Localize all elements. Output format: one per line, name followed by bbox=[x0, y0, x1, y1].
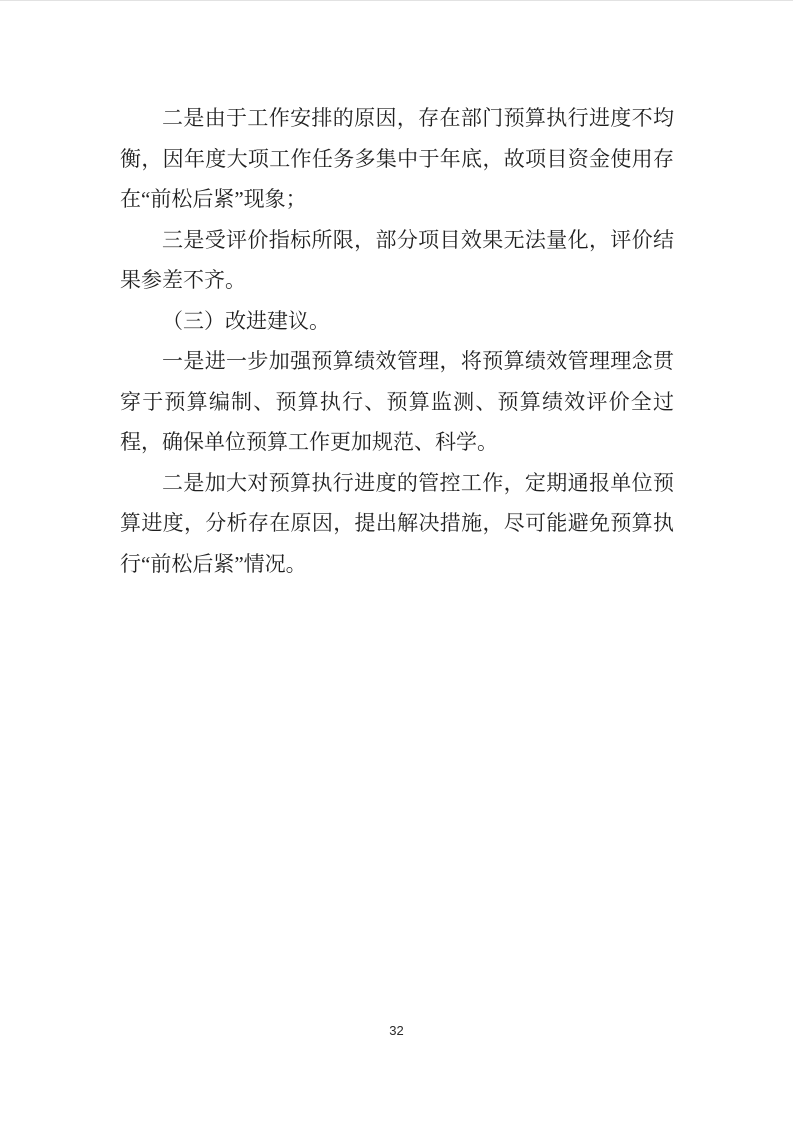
page-number: 32 bbox=[0, 1023, 793, 1038]
document-body: 二是由于工作安排的原因，存在部门预算执行进度不均衡，因年度大项工作任务多集中于年… bbox=[120, 98, 674, 584]
paragraph-strengthen-performance-management: 一是进一步加强预算绩效管理，将预算绩效管理理念贯穿于预算编制、预算执行、预算监测… bbox=[120, 341, 674, 463]
paragraph-evaluation-limits: 三是受评价指标所限，部分项目效果无法量化，评价结果参差不齐。 bbox=[120, 220, 674, 301]
section-heading-improvement-suggestions: （三）改进建议。 bbox=[120, 301, 674, 342]
document-page: 二是由于工作安排的原因，存在部门预算执行进度不均衡，因年度大项工作任务多集中于年… bbox=[0, 0, 793, 1122]
paragraph-control-execution-progress: 二是加大对预算执行进度的管控工作，定期通报单位预算进度，分析存在原因，提出解决措… bbox=[120, 463, 674, 585]
paragraph-cause-uneven-progress: 二是由于工作安排的原因，存在部门预算执行进度不均衡，因年度大项工作任务多集中于年… bbox=[120, 98, 674, 220]
